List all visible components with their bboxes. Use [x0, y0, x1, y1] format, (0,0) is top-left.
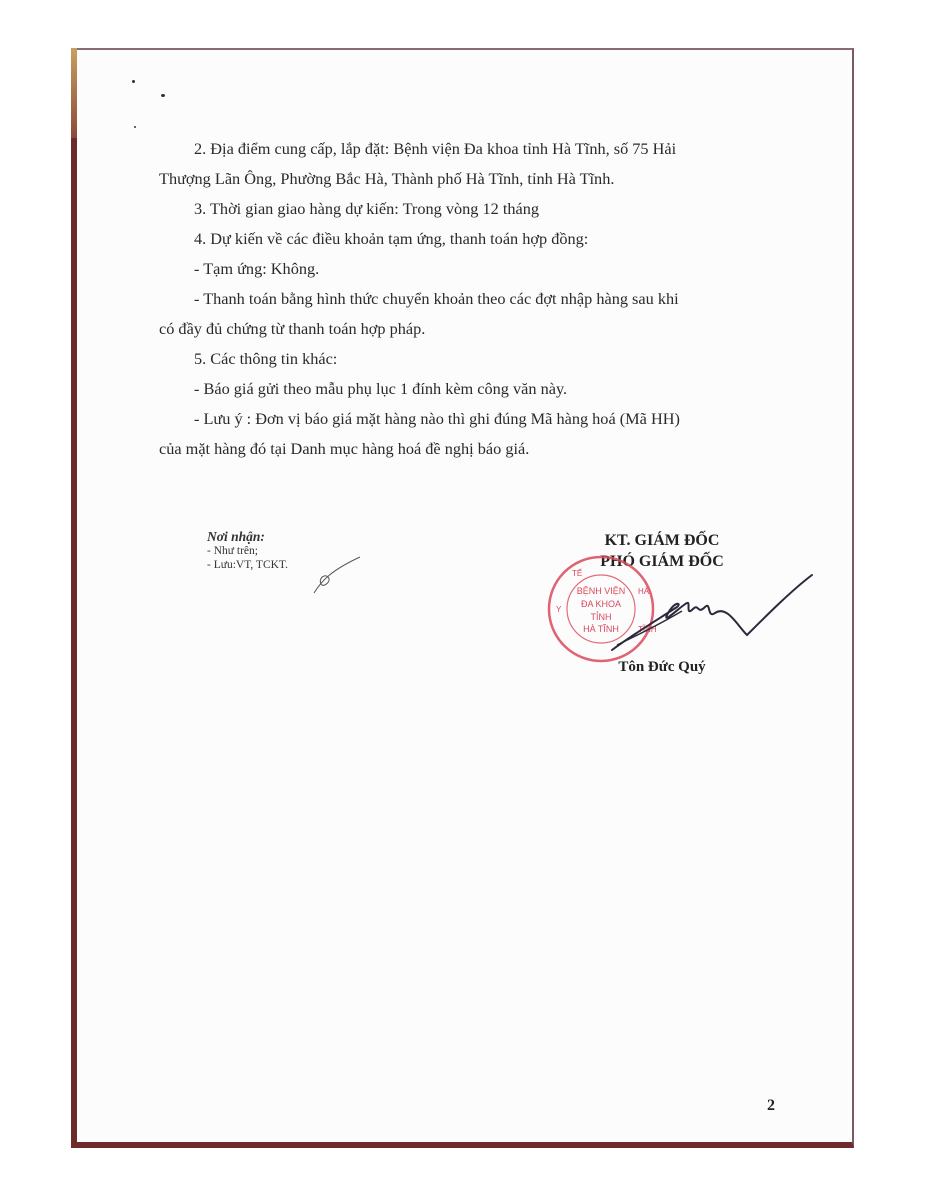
- signature-block: KT. GIÁM ĐỐC PHÓ GIÁM ĐỐC BỆNH VIỆN ĐA K…: [547, 530, 777, 572]
- paragraph-text: - Tạm ứng: Không.: [194, 259, 319, 278]
- paragraph-text: 3. Thời gian giao hàng dự kiến: Trong vò…: [194, 199, 539, 218]
- paragraph-line: 4. Dự kiến về các điều khoản tạm ứng, th…: [194, 224, 784, 255]
- receivers-block: Nơi nhận: - Như trên; - Lưu:VT, TCKT.: [207, 530, 288, 572]
- paragraph-text: - Lưu ý : Đơn vị báo giá mặt hàng nào th…: [194, 409, 680, 428]
- paragraph-text: có đầy đủ chứng từ thanh toán hợp pháp.: [159, 319, 425, 338]
- paragraph-line: - Tạm ứng: Không.: [194, 254, 784, 285]
- signer-name: Tôn Đức Quý: [547, 659, 777, 676]
- paragraph-text: - Thanh toán bằng hình thức chuyển khoản…: [194, 289, 679, 308]
- initial-mark-icon: [312, 555, 362, 595]
- svg-text:Y: Y: [556, 605, 562, 614]
- paragraph-line: 2. Địa điểm cung cấp, lắp đặt: Bệnh viện…: [194, 134, 784, 165]
- scan-speck: [134, 126, 136, 128]
- paragraph-text: - Báo giá gửi theo mẫu phụ lục 1 đính kè…: [194, 379, 567, 398]
- receiver-item: - Lưu:VT, TCKT.: [207, 558, 288, 572]
- paragraph-line: - Lưu ý : Đơn vị báo giá mặt hàng nào th…: [194, 404, 784, 435]
- scan-speck: [132, 80, 135, 83]
- svg-text:TẾ: TẾ: [572, 568, 582, 578]
- document-page: 2. Địa điểm cung cấp, lắp đặt: Bệnh viện…: [71, 48, 854, 1148]
- paragraph-text: của mặt hàng đó tại Danh mục hàng hoá đề…: [159, 439, 529, 458]
- receiver-item: - Như trên;: [207, 544, 288, 558]
- handwritten-signature-icon: [587, 545, 817, 655]
- paragraph-line: Thượng Lãn Ông, Phường Bắc Hà, Thành phố…: [159, 164, 749, 195]
- paragraph-line: 5. Các thông tin khác:: [194, 344, 784, 375]
- paragraph-text: 5. Các thông tin khác:: [194, 349, 337, 368]
- receivers-title: Nơi nhận:: [207, 530, 288, 544]
- paragraph-line: - Thanh toán bằng hình thức chuyển khoản…: [194, 284, 784, 315]
- scan-speck: [161, 94, 165, 97]
- paragraph-line: - Báo giá gửi theo mẫu phụ lục 1 đính kè…: [194, 374, 784, 405]
- paragraph-line: 3. Thời gian giao hàng dự kiến: Trong vò…: [194, 194, 784, 225]
- paragraph-line: có đầy đủ chứng từ thanh toán hợp pháp.: [159, 314, 749, 345]
- page-number: 2: [767, 1097, 775, 1115]
- paragraph-text: Thượng Lãn Ông, Phường Bắc Hà, Thành phố…: [159, 169, 614, 188]
- paragraph-text: 4. Dự kiến về các điều khoản tạm ứng, th…: [194, 229, 588, 248]
- paragraph-line: của mặt hàng đó tại Danh mục hàng hoá đề…: [159, 434, 749, 465]
- paragraph-text: 2. Địa điểm cung cấp, lắp đặt: Bệnh viện…: [194, 139, 676, 158]
